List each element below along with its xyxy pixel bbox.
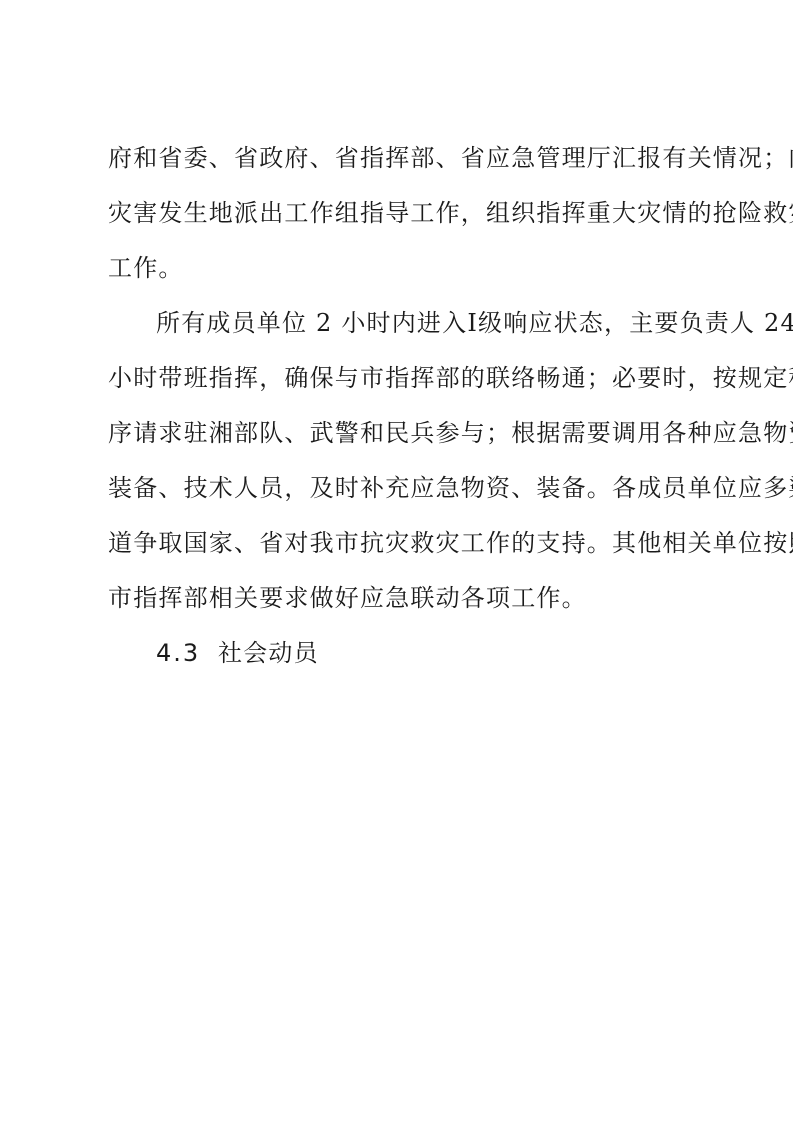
text-line: 装备、技术人员，及时补充应急物资、装备。各成员单位应多渠	[108, 473, 793, 503]
text-line: 府和省委、省政府、省指挥部、省应急管理厅汇报有关情况；向	[108, 143, 793, 173]
text-line: 序请求驻湘部队、武警和民兵参与；根据需要调用各种应急物资、	[108, 418, 793, 448]
text-line: 市指挥部相关要求做好应急联动各项工作。	[108, 583, 587, 613]
text-line: 所有成员单位 2 小时内进入Ⅰ级响应状态，主要负责人 24	[156, 308, 793, 338]
section-number: 4.3	[156, 638, 218, 668]
text-line: 灾害发生地派出工作组指导工作，组织指挥重大灾情的抢险救灾	[108, 198, 793, 228]
text-line: 工作。	[108, 253, 184, 283]
section-heading-4-3: 4.3社会动员	[156, 638, 319, 668]
text-line: 道争取国家、省对我市抗灾救灾工作的支持。其他相关单位按照	[108, 528, 793, 558]
section-title: 社会动员	[218, 639, 319, 667]
text-line: 小时带班指挥，确保与市指挥部的联络畅通；必要时，按规定程	[108, 363, 793, 393]
